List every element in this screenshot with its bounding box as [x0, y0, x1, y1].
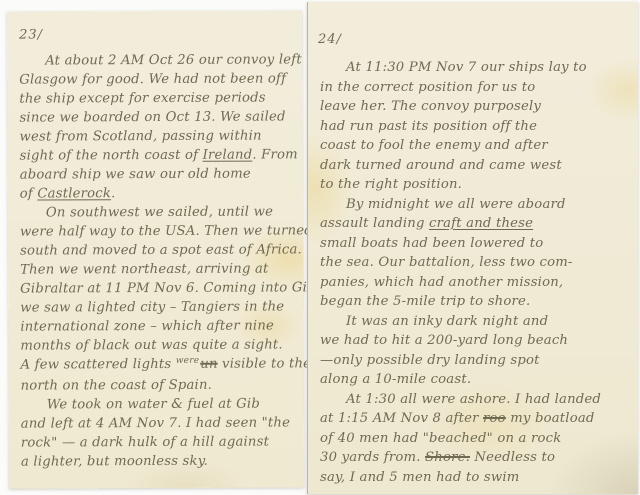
text-segment: in the correct position for us to — [320, 80, 535, 95]
text-segment: a lighter, but moonless sky. — [21, 454, 208, 470]
text-segment: of — [20, 187, 38, 202]
handwritten-line: began the 5-mile trip to shore. — [320, 292, 636, 312]
diary-scan: 23/ At about 2 AM Oct 26 our convoy left… — [0, 0, 640, 495]
handwritten-line: At 1:30 all were ashore. I had landed — [320, 390, 636, 410]
handwritten-line: rock" — a dark hulk of a hill against — [21, 432, 302, 452]
struck-word: un — [200, 357, 217, 372]
text-segment: we saw a lighted city – Tangiers in the — [20, 299, 284, 315]
handwritten-line: coast to fool the enemy and after — [320, 136, 636, 156]
handwritten-line: By midnight we all were aboard — [320, 195, 636, 215]
handwritten-line: assault landing craft and these — [320, 214, 636, 234]
handwritten-line: the sea. Our battalion, less two com- — [320, 253, 636, 273]
text-segment: At 11:30 PM Nov 7 our ships lay to — [346, 60, 587, 75]
handwritten-line: Gibraltar at 11 PM Nov 6. Coming into Gi… — [20, 278, 301, 298]
text-segment: 30 yards from. — [320, 450, 425, 465]
text-segment: assault landing — [320, 216, 429, 231]
text-segment: —only possible dry landing spot — [320, 353, 540, 368]
handwritten-line: On southwest we sailed, until we — [20, 202, 301, 222]
text-segment: since we boarded on Oct 13. We sailed — [19, 109, 285, 125]
text-segment: months of black out was quite a sight. — [20, 337, 282, 353]
page-text-right: At 11:30 PM Nov 7 our ships lay toin the… — [308, 58, 638, 487]
handwritten-line: had run past its position off the — [320, 117, 636, 137]
handwritten-line: and left at 4 AM Nov 7. I had seen "the — [21, 413, 302, 433]
handwritten-line: we saw a lighted city – Tangiers in the — [20, 297, 301, 317]
text-segment: At about 2 AM Oct 26 our convoy left — [45, 52, 302, 68]
text-segment: were half way to the USA. Then we turned — [20, 223, 313, 239]
handwritten-line: A few scattered lights wereun visible to… — [20, 354, 301, 376]
handwritten-line: aboard ship we saw our old home — [20, 164, 301, 184]
handwritten-line: Then we went northeast, arriving at — [20, 259, 301, 279]
handwritten-line: At about 2 AM Oct 26 our convoy left — [19, 50, 300, 70]
handwritten-line: at 1:15 AM Nov 8 after roo my boatload — [320, 409, 636, 429]
text-segment: north on the coast of Spain. — [21, 378, 213, 394]
text-segment: and left at 4 AM Nov 7. I had seen "the — [21, 415, 290, 431]
text-segment: small boats had been lowered to — [320, 236, 543, 251]
struck-word: Shore. — [425, 450, 470, 465]
handwritten-line: —only possible dry landing spot — [320, 351, 636, 371]
text-segment: had run past its position off the — [320, 119, 537, 134]
handwritten-line: along a 10-mile coast. — [320, 370, 636, 390]
handwritten-line: 30 yards from. Shore. Needless to — [320, 448, 636, 468]
text-segment: On southwest we sailed, until we — [46, 204, 273, 220]
handwritten-line: the ship except for exercise periods — [19, 88, 300, 108]
handwritten-line: sight of the north coast of Ireland. Fro… — [20, 145, 301, 165]
handwritten-line: of Castlerock. — [20, 183, 301, 203]
handwritten-line: west from Scotland, passing within — [19, 126, 300, 146]
handwritten-line: in the correct position for us to — [320, 78, 636, 98]
handwritten-line: international zone – which after nine — [20, 316, 301, 336]
diary-page-left: 23/ At about 2 AM Oct 26 our convoy left… — [7, 10, 304, 488]
handwritten-line: south and moved to a spot east of Africa… — [20, 240, 301, 260]
text-segment: leave her. The convoy purposely — [320, 99, 541, 114]
text-segment: international zone – which after nine — [20, 318, 274, 334]
text-segment: Then we went northeast, arriving at — [20, 262, 269, 278]
handwritten-line: months of black out was quite a sight. — [20, 335, 301, 355]
text-segment: say, I and 5 men had to swim — [320, 470, 519, 485]
text-segment: coast to fool the enemy and after — [320, 138, 548, 153]
text-segment: to the right position. — [320, 177, 462, 192]
text-segment: south and moved to a spot east of Africa… — [20, 242, 302, 258]
handwritten-line: were half way to the USA. Then we turned — [20, 221, 301, 241]
inserted-word: were — [176, 356, 200, 366]
page-number: 24/ — [318, 32, 638, 47]
text-segment: . — [111, 186, 115, 201]
struck-word: roo — [483, 411, 506, 426]
text-segment: Castlerock — [37, 186, 111, 201]
handwritten-line: small boats had been lowered to — [320, 234, 636, 254]
handwritten-line: panies, which had another mission, — [320, 273, 636, 293]
text-segment: dark turned around and came west — [320, 158, 562, 173]
text-segment: panies, which had another mission, — [320, 275, 563, 290]
text-segment: craft and these — [429, 216, 533, 231]
text-segment: began the 5-mile trip to shore. — [320, 294, 530, 309]
handwritten-line: We took on water & fuel at Gib — [21, 394, 302, 414]
text-segment: we had to hit a 200-yard long beach — [320, 333, 568, 348]
handwritten-line: Glasgow for good. We had not been off — [19, 69, 300, 89]
text-segment: rock" — a dark hulk of a hill against — [21, 435, 269, 451]
handwritten-line: a lighter, but moonless sky. — [21, 451, 302, 471]
page-number: 23/ — [19, 26, 302, 42]
text-segment: sight of the north coast of — [20, 148, 203, 164]
text-segment: Glasgow for good. We had not been off — [19, 71, 286, 87]
text-segment: Gibraltar at 11 PM Nov 6. Coming into Gi… — [20, 280, 316, 296]
text-segment: It was an inky dark night and — [346, 314, 548, 329]
handwritten-line: It was an inky dark night and — [320, 312, 636, 332]
text-segment: By midnight we all were aboard — [346, 197, 566, 212]
text-segment: the ship except for exercise periods — [19, 91, 265, 107]
text-segment: my boatload — [506, 411, 595, 426]
text-segment: . From — [252, 147, 298, 162]
text-segment: Ireland — [203, 148, 253, 163]
handwritten-line: dark turned around and came west — [320, 156, 636, 176]
text-segment: the sea. Our battalion, less two com- — [320, 255, 573, 270]
handwritten-line: north on the coast of Spain. — [21, 375, 302, 395]
handwritten-line: we had to hit a 200-yard long beach — [320, 331, 636, 351]
text-segment: At 1:30 all were ashore. I had landed — [346, 392, 601, 407]
text-segment: Needless to — [470, 450, 555, 465]
text-segment: of 40 men had "beached" on a rock — [320, 431, 561, 446]
text-segment: A few scattered lights — [20, 357, 175, 373]
handwritten-line: At 11:30 PM Nov 7 our ships lay to — [320, 58, 636, 78]
text-segment: at 1:15 AM Nov 8 after — [320, 411, 483, 426]
text-segment: visible to the — [218, 356, 312, 371]
handwritten-line: to the right position. — [320, 175, 636, 195]
handwritten-line: leave her. The convoy purposely — [320, 97, 636, 117]
handwritten-line: of 40 men had "beached" on a rock — [320, 429, 636, 449]
handwritten-line: say, I and 5 men had to swim — [320, 468, 636, 488]
text-segment: We took on water & fuel at Gib — [47, 397, 260, 413]
page-text-left: At about 2 AM Oct 26 our convoy leftGlas… — [7, 50, 304, 471]
text-segment: aboard ship we saw our old home — [20, 167, 251, 183]
handwritten-line: since we boarded on Oct 13. We sailed — [19, 107, 300, 127]
diary-page-right: 24/ At 11:30 PM Nov 7 our ships lay toin… — [307, 2, 638, 494]
text-segment: along a 10-mile coast. — [320, 372, 471, 387]
text-segment: west from Scotland, passing within — [19, 129, 261, 145]
